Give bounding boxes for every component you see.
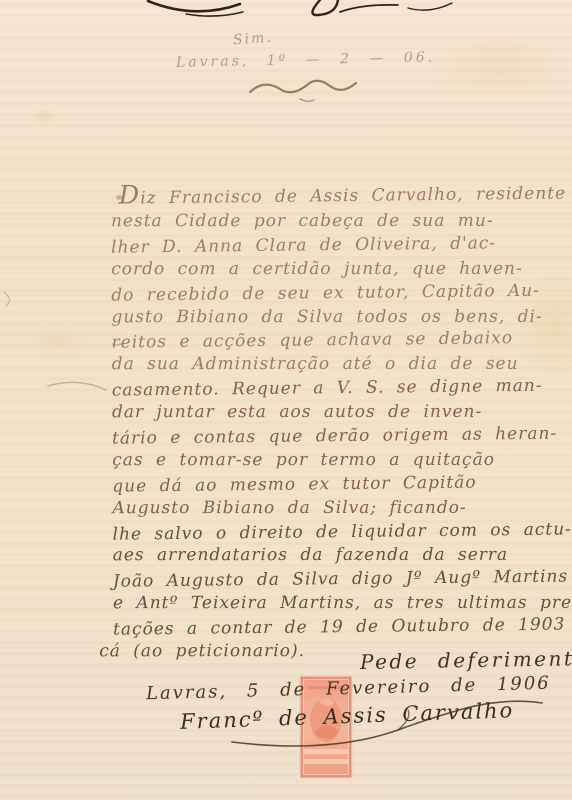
scanned-document-page: Sim. Lavras, 1º — 2 — 06. Diz Francisco … xyxy=(0,0,572,800)
signature-underline-flourish xyxy=(0,0,572,800)
